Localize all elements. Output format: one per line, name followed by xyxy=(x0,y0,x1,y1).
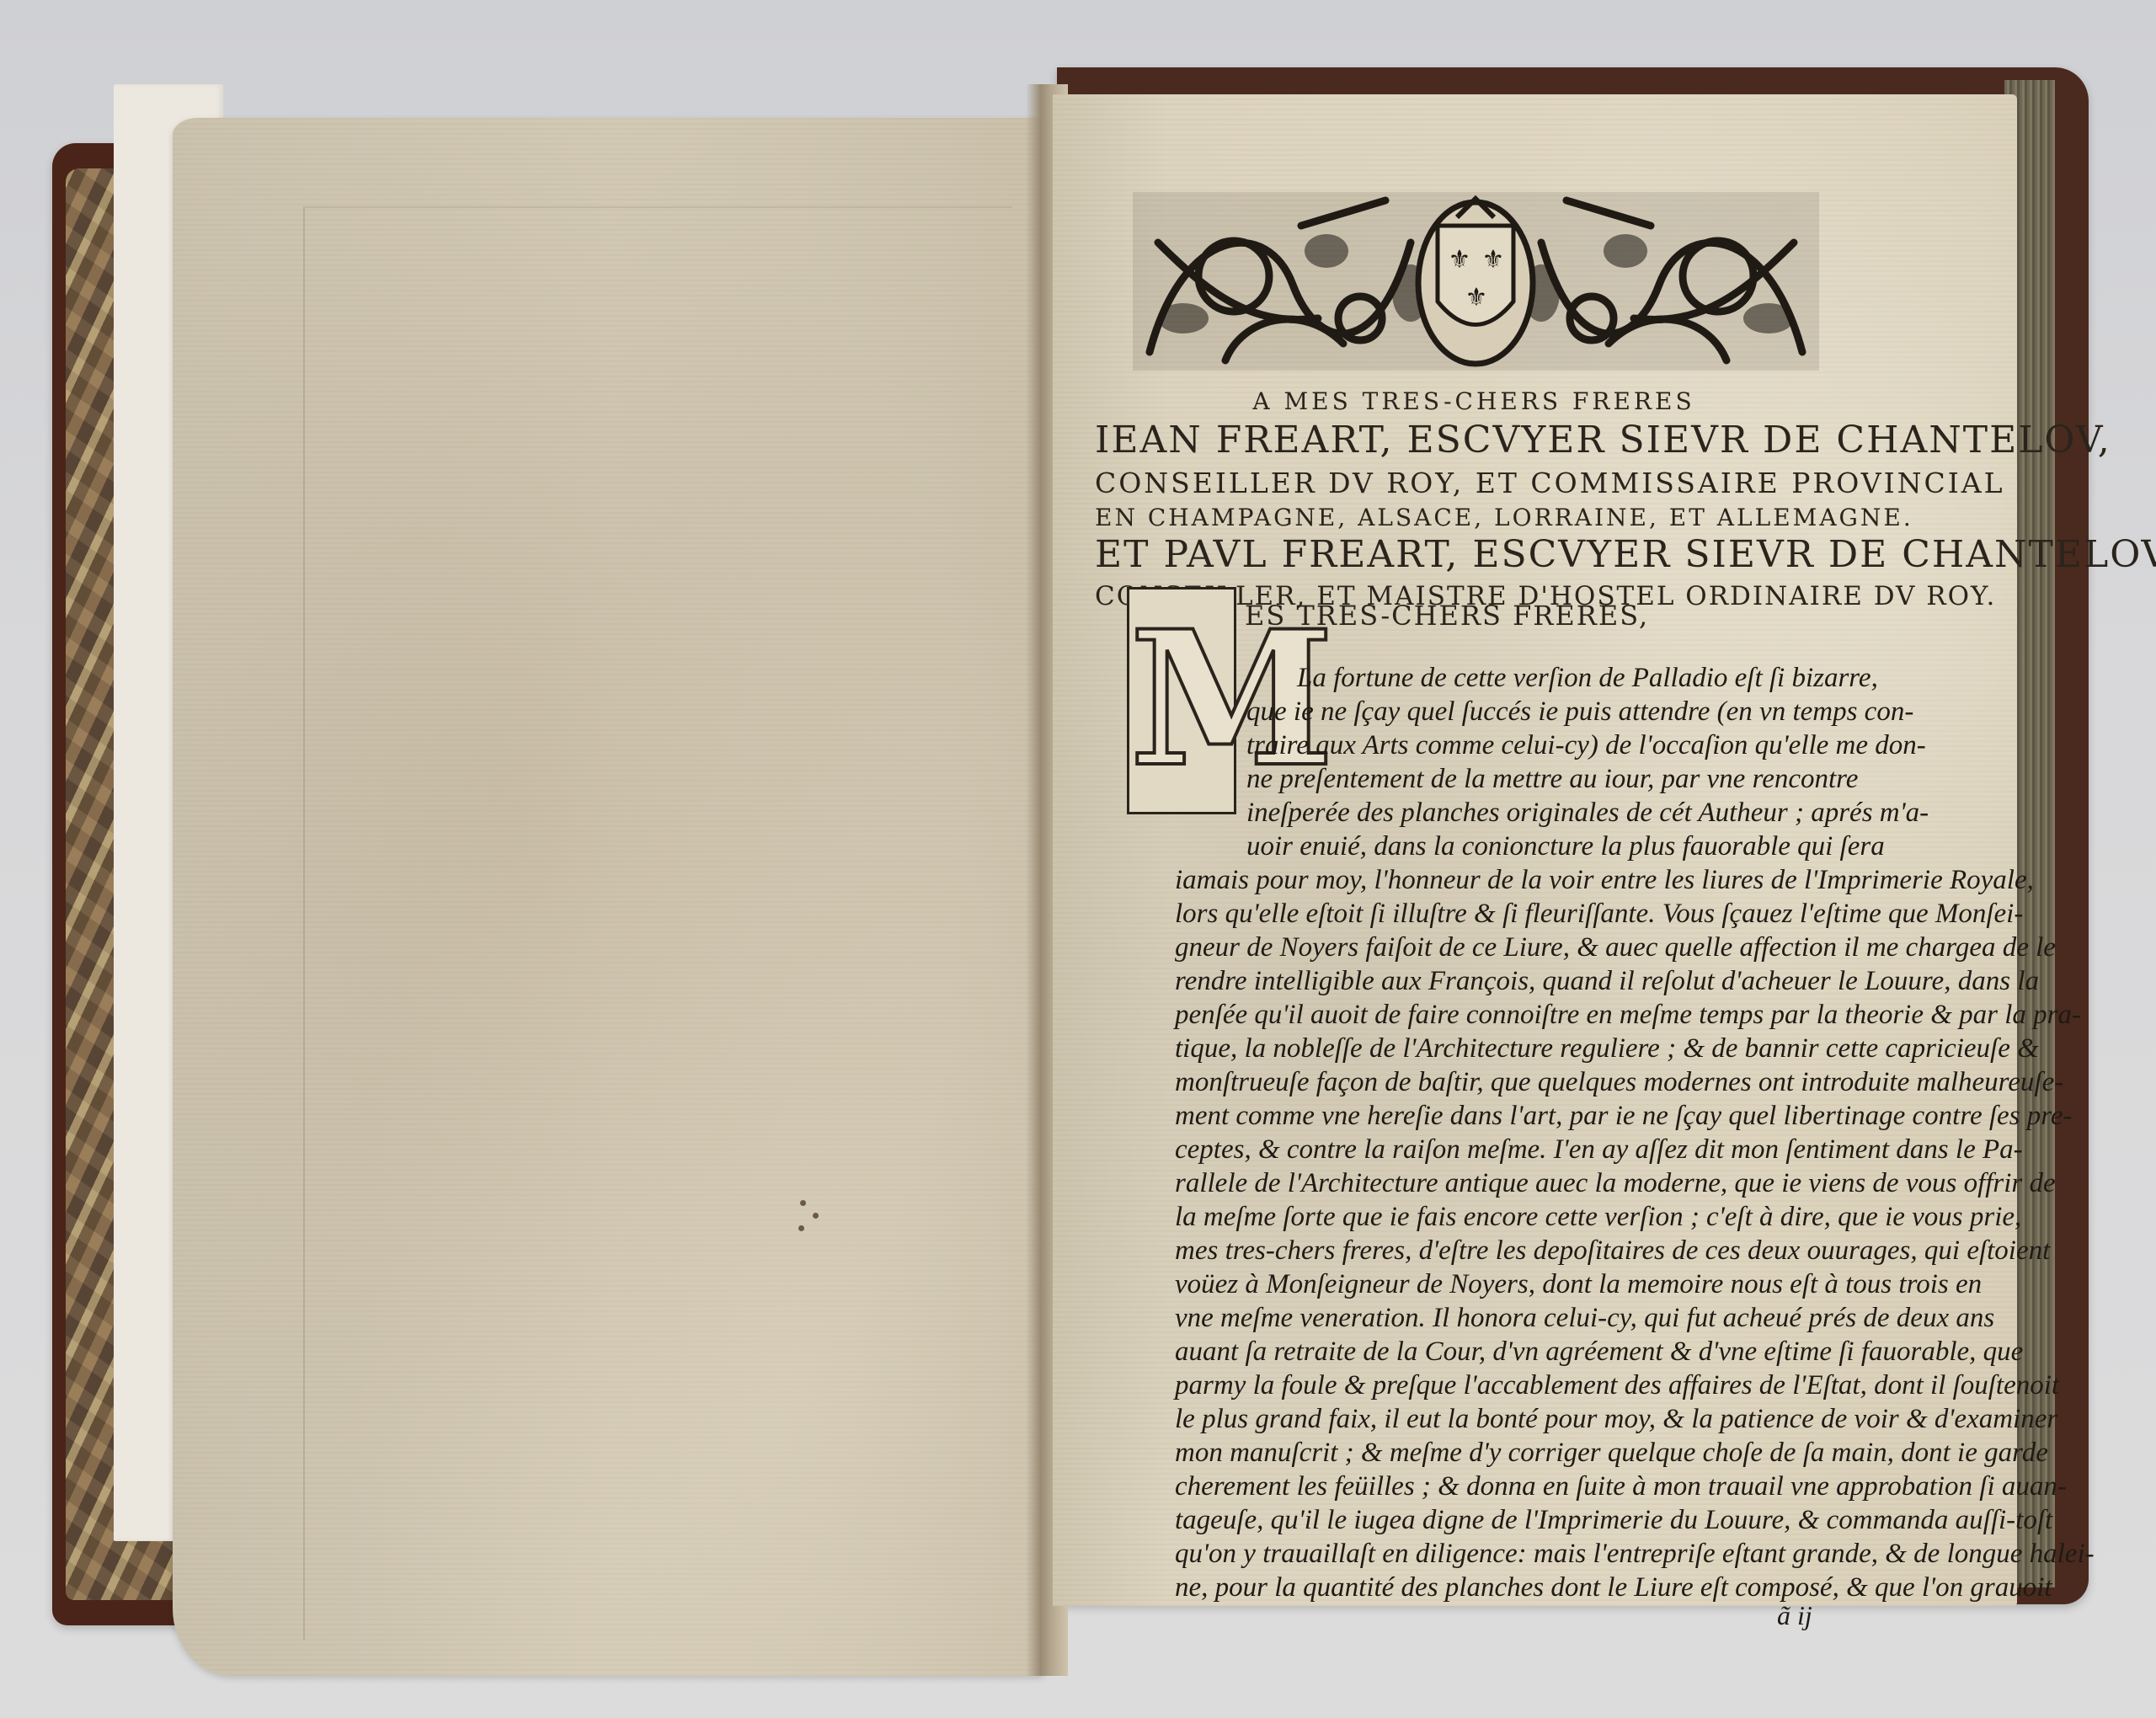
body-line: ceptes, & contre la raiſon meſme. I'en a… xyxy=(1175,1133,1844,1166)
body-line: gneur de Noyers faiſoit de ce Liure, & a… xyxy=(1175,931,1844,964)
body-line: uoir enuié, dans la conioncture la plus … xyxy=(1246,830,1844,863)
body-line: rallele de l'Architecture antique auec l… xyxy=(1175,1166,1844,1200)
body-line: la meſme ſorte que ie fais encore cette … xyxy=(1175,1200,1844,1234)
body-line: qu'on y trauaillaſt en diligence: mais l… xyxy=(1175,1537,1844,1571)
dedication-heading: A MES TRES-CHERS FRERES xyxy=(1095,387,1853,415)
body-line: parmy la foule & preſque l'accablement d… xyxy=(1175,1369,1844,1402)
body-line: mes tres-chers freres, d'eſtre les depoſ… xyxy=(1175,1234,1844,1267)
body-line: ineſperée des planches originales de cét… xyxy=(1246,796,1844,830)
foxing-spot xyxy=(800,1200,806,1206)
body-line: La fortune de cette verſion de Palladio … xyxy=(1297,661,1844,695)
headpiece-ornament-icon: ⚜ ⚜ ⚜ xyxy=(1133,192,1819,371)
salutation: ES TRES-CHERS FRERES, xyxy=(1245,600,1649,632)
body-line: rendre intelligible aux François, quand … xyxy=(1175,964,1844,998)
plate-mark-showthrough xyxy=(303,206,1012,1640)
body-line: vne meſme veneration. Il honora celui-cy… xyxy=(1175,1301,1844,1335)
body-line: iamais pour moy, l'honneur de la voir en… xyxy=(1175,863,1844,897)
svg-text:⚜: ⚜ xyxy=(1482,245,1505,275)
foxing-spot xyxy=(798,1225,804,1231)
body-line: lors qu'elle eſtoit ſi illuſtre & ſi fle… xyxy=(1175,897,1844,931)
woodcut-headpiece-ornament: ⚜ ⚜ ⚜ xyxy=(1133,192,1819,371)
body-line: traire aux Arts comme celui-cy) de l'occ… xyxy=(1246,728,1844,762)
body-line: penſée qu'il auoit de faire connoiſtre e… xyxy=(1175,998,1844,1032)
body-line: auant ſa retraite de la Cour, d'vn agrée… xyxy=(1175,1335,1844,1369)
body-line: cherement les feüilles ; & donna en ſuit… xyxy=(1175,1470,1844,1503)
body-line: le plus grand faix, il eut la bonté pour… xyxy=(1175,1402,1844,1436)
body-line: ne, pour la quantité des planches dont l… xyxy=(1175,1571,1844,1604)
body-line: que ie ne ſçay quel ſuccés ie puis atten… xyxy=(1246,695,1844,728)
dedicatee-name-jean: IEAN FREART, ESCVYER SIEVR DE CHANTELOV, xyxy=(1095,419,1853,462)
dedicatee-provinces: EN CHAMPAGNE, ALSACE, LORRAINE, ET ALLEM… xyxy=(1095,504,1853,531)
dedicatee-title-jean: CONSEILLER DV ROY, ET COMMISSAIRE PROVIN… xyxy=(1095,467,1853,499)
drop-cap-letter: M xyxy=(1129,598,1234,800)
body-line: voüez à Monſeigneur de Noyers, dont la m… xyxy=(1175,1267,1844,1301)
historiated-drop-cap: M xyxy=(1127,587,1236,814)
svg-text:⚜: ⚜ xyxy=(1465,283,1488,312)
dedicatee-name-paul: ET PAVL FREART, ESCVYER SIEVR DE CHANTEL… xyxy=(1095,533,1853,576)
body-line: tique, la nobleſſe de l'Architecture reg… xyxy=(1175,1032,1844,1065)
body-line: ment comme vne hereſie dans l'art, par i… xyxy=(1175,1099,1844,1133)
foxing-spot xyxy=(813,1213,819,1219)
signature-mark: ã ij xyxy=(1777,1600,1812,1631)
body-line: mon manuſcrit ; & meſme d'y corriger que… xyxy=(1175,1436,1844,1470)
svg-text:⚜: ⚜ xyxy=(1449,245,1471,275)
body-line: tageuſe, qu'il le iugea digne de l'Impri… xyxy=(1175,1503,1844,1537)
body-line: monſtrueuſe façon de baſtir, que quelque… xyxy=(1175,1065,1844,1099)
body-line: ne preſentement de la mettre au iour, pa… xyxy=(1246,762,1844,796)
